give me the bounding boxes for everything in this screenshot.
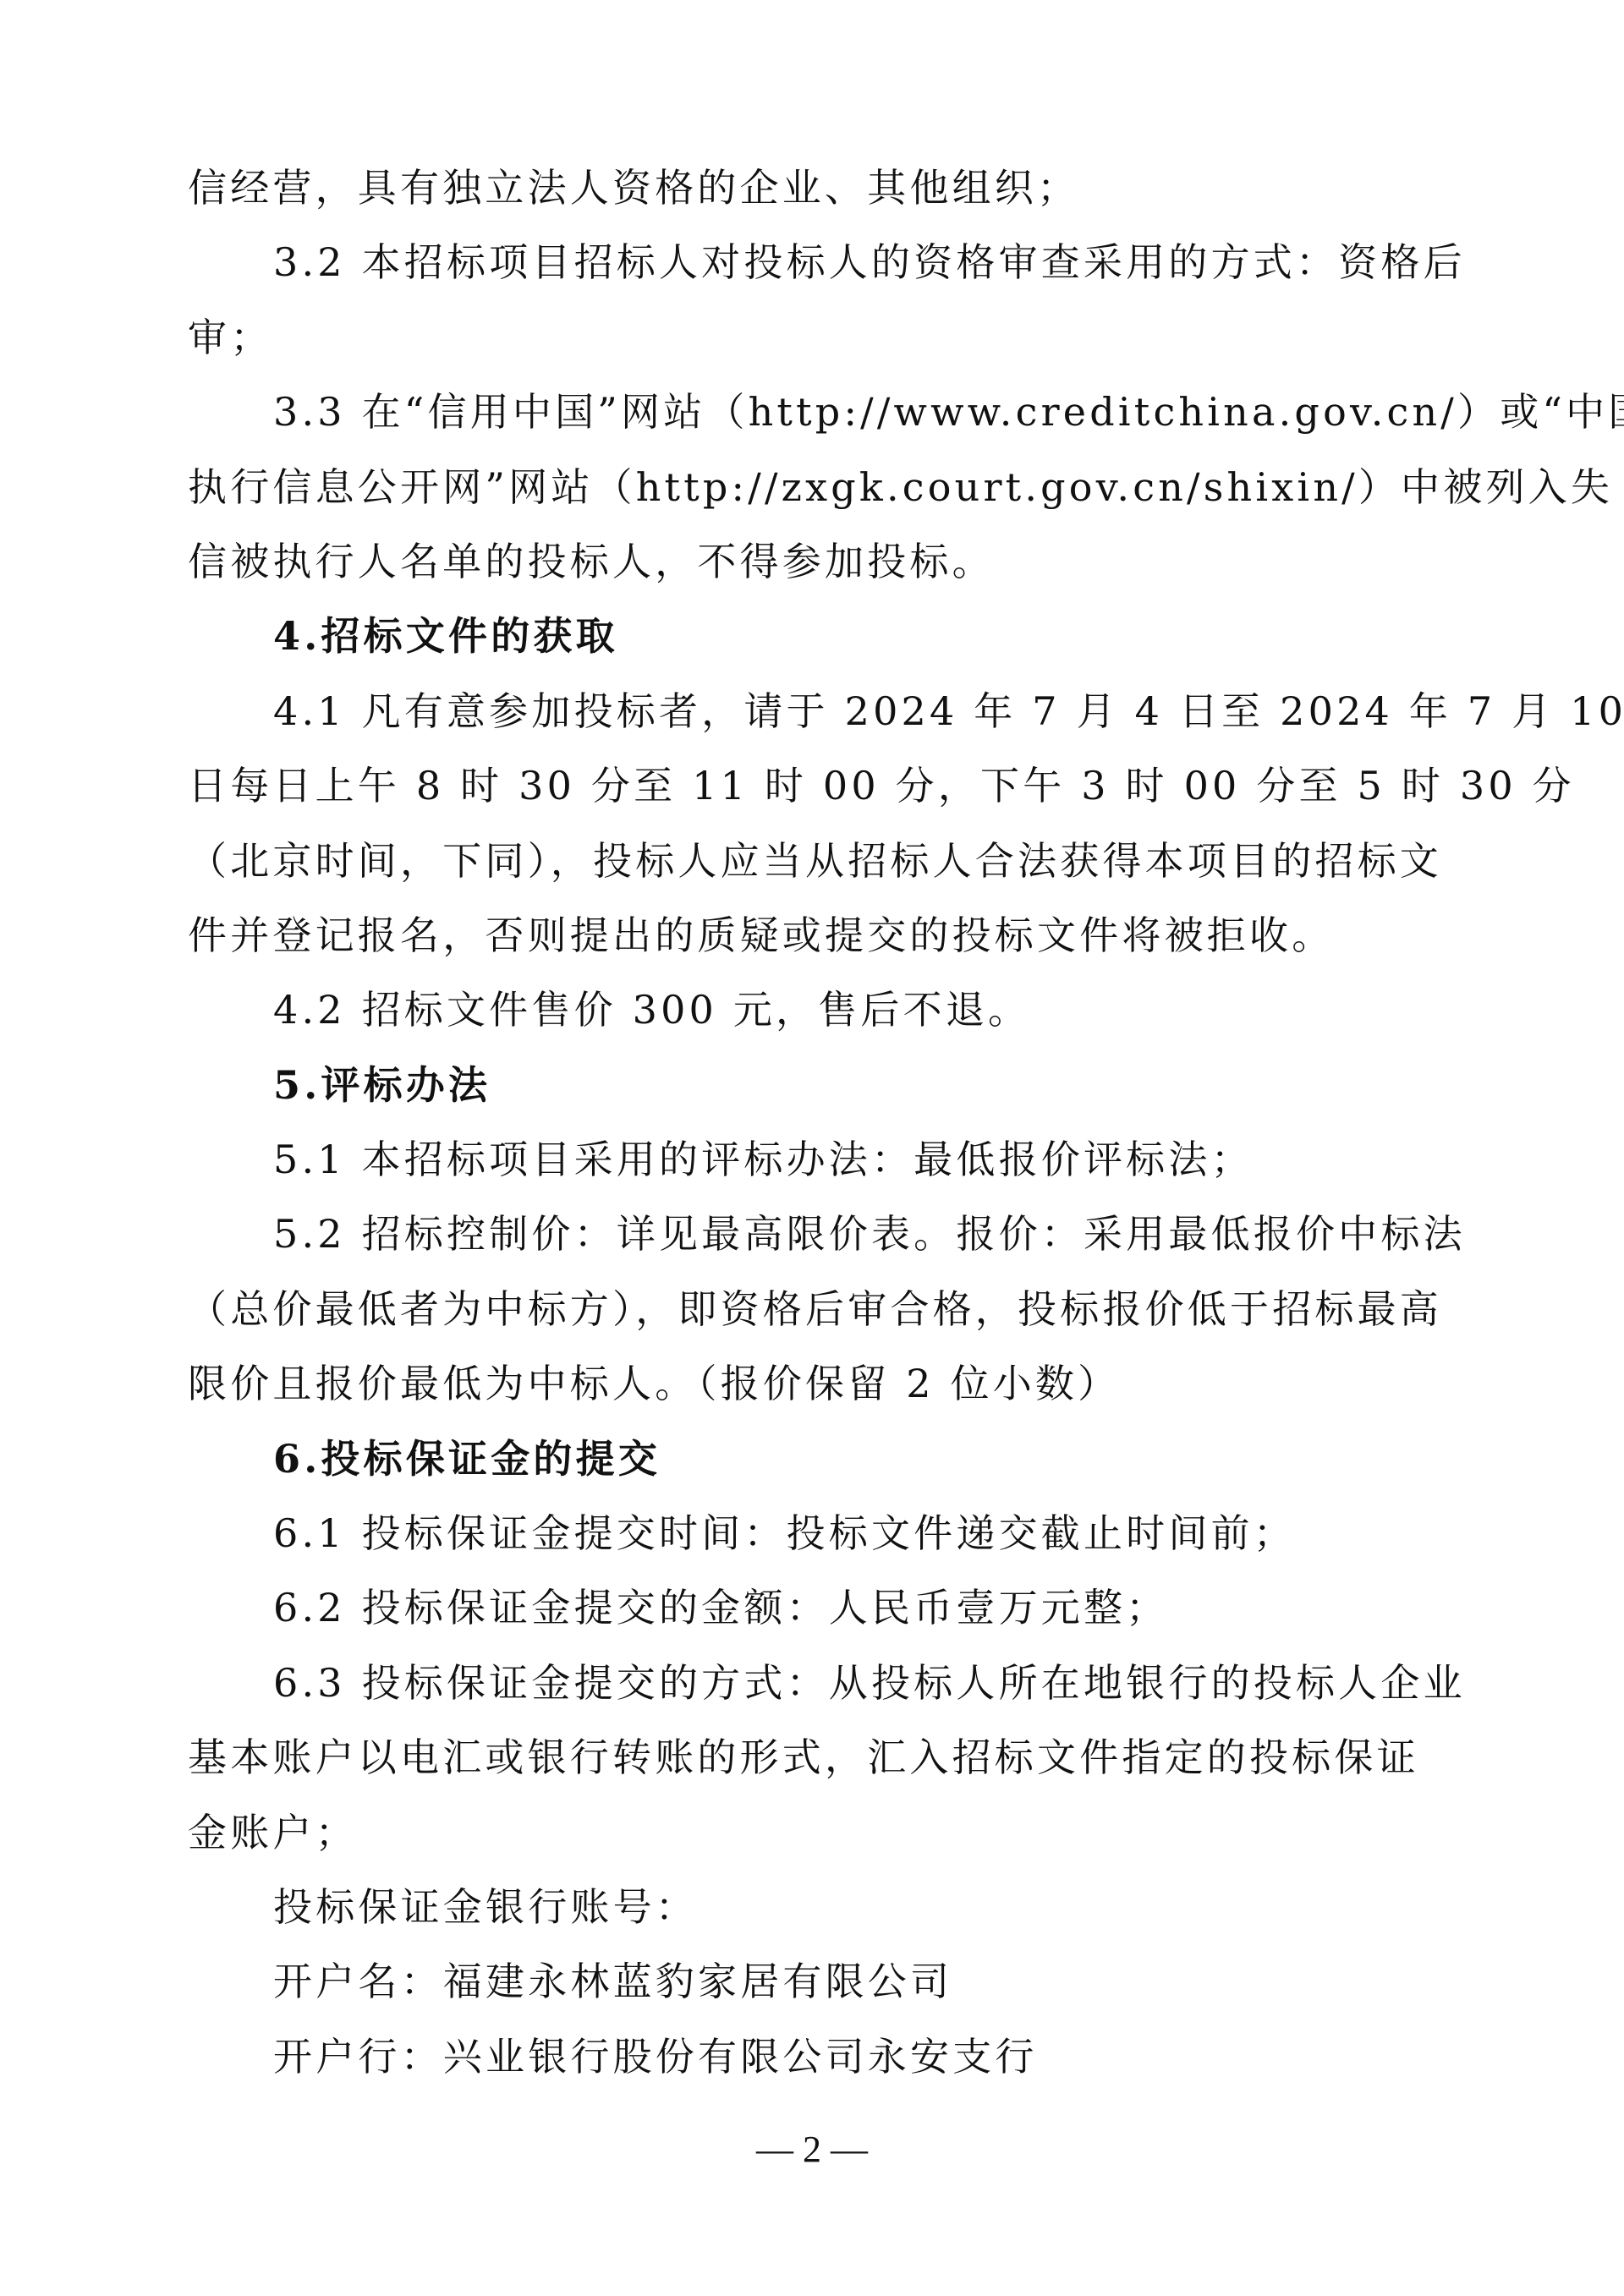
clause-6-2: 6.2 投标保证金提交的金额：人民币壹万元整； [188,1570,1467,1645]
clause-4-1-cont-1: 日每日上午 8 时 30 分至 11 时 00 分，下午 3 时 00 分至 5… [188,748,1467,823]
line-continuation-legal-entity: 信经营，具有独立法人资格的企业、其他组织； [188,151,1467,225]
document-body: 信经营，具有独立法人资格的企业、其他组织； 3.2 本招标项目招标人对投标人的资… [188,151,1467,2094]
clause-3-2-cont: 审； [188,300,1467,375]
bank-account-label: 投标保证金银行账号： [188,1870,1467,1944]
clause-5-2-cont-1: （总价最低者为中标方），即资格后审合格，投标报价低于招标最高 [188,1272,1467,1346]
clause-4-1-cont-3: 件并登记报名，否则提出的质疑或提交的投标文件将被拒收。 [188,898,1467,973]
clause-3-2: 3.2 本招标项目招标人对投标人的资格审查采用的方式：资格后 [188,225,1467,299]
document-page: 信经营，具有独立法人资格的企业、其他组织； 3.2 本招标项目招标人对投标人的资… [0,0,1624,2296]
account-bank: 开户行：兴业银行股份有限公司永安支行 [188,2019,1467,2094]
clause-3-3-cont-2: 信被执行人名单的投标人，不得参加投标。 [188,524,1467,599]
clause-5-2: 5.2 招标控制价：详见最高限价表。报价：采用最低报价中标法 [188,1197,1467,1271]
clause-6-1: 6.1 投标保证金提交时间：投标文件递交截止时间前； [188,1496,1467,1570]
page-number: — 2 — [0,2124,1624,2175]
clause-3-3: 3.3 在“信用中国”网站（http://www.creditchina.gov… [188,375,1467,449]
clause-6-3-cont-2: 金账户； [188,1795,1467,1870]
clause-4-1: 4.1 凡有意参加投标者，请于 2024 年 7 月 4 日至 2024 年 7… [188,674,1467,748]
section-heading-6: 6.投标保证金的提交 [188,1422,1467,1496]
clause-5-1: 5.1 本招标项目采用的评标办法：最低报价评标法； [188,1122,1467,1197]
account-name: 开户名：福建永林蓝豹家居有限公司 [188,1944,1467,2019]
clause-3-3-cont-1: 执行信息公开网”网站（http://zxgk.court.gov.cn/shix… [188,450,1467,524]
clause-4-2: 4.2 招标文件售价 300 元，售后不退。 [188,973,1467,1047]
clause-6-3-cont-1: 基本账户以电汇或银行转账的形式，汇入招标文件指定的投标保证 [188,1720,1467,1795]
section-heading-5: 5.评标办法 [188,1048,1467,1122]
clause-5-2-cont-2: 限价且报价最低为中标人。（报价保留 2 位小数） [188,1346,1467,1421]
clause-6-3: 6.3 投标保证金提交的方式：从投标人所在地银行的投标人企业 [188,1646,1467,1720]
clause-4-1-cont-2: （北京时间，下同），投标人应当从招标人合法获得本项目的招标文 [188,824,1467,898]
section-heading-4: 4.招标文件的获取 [188,599,1467,673]
